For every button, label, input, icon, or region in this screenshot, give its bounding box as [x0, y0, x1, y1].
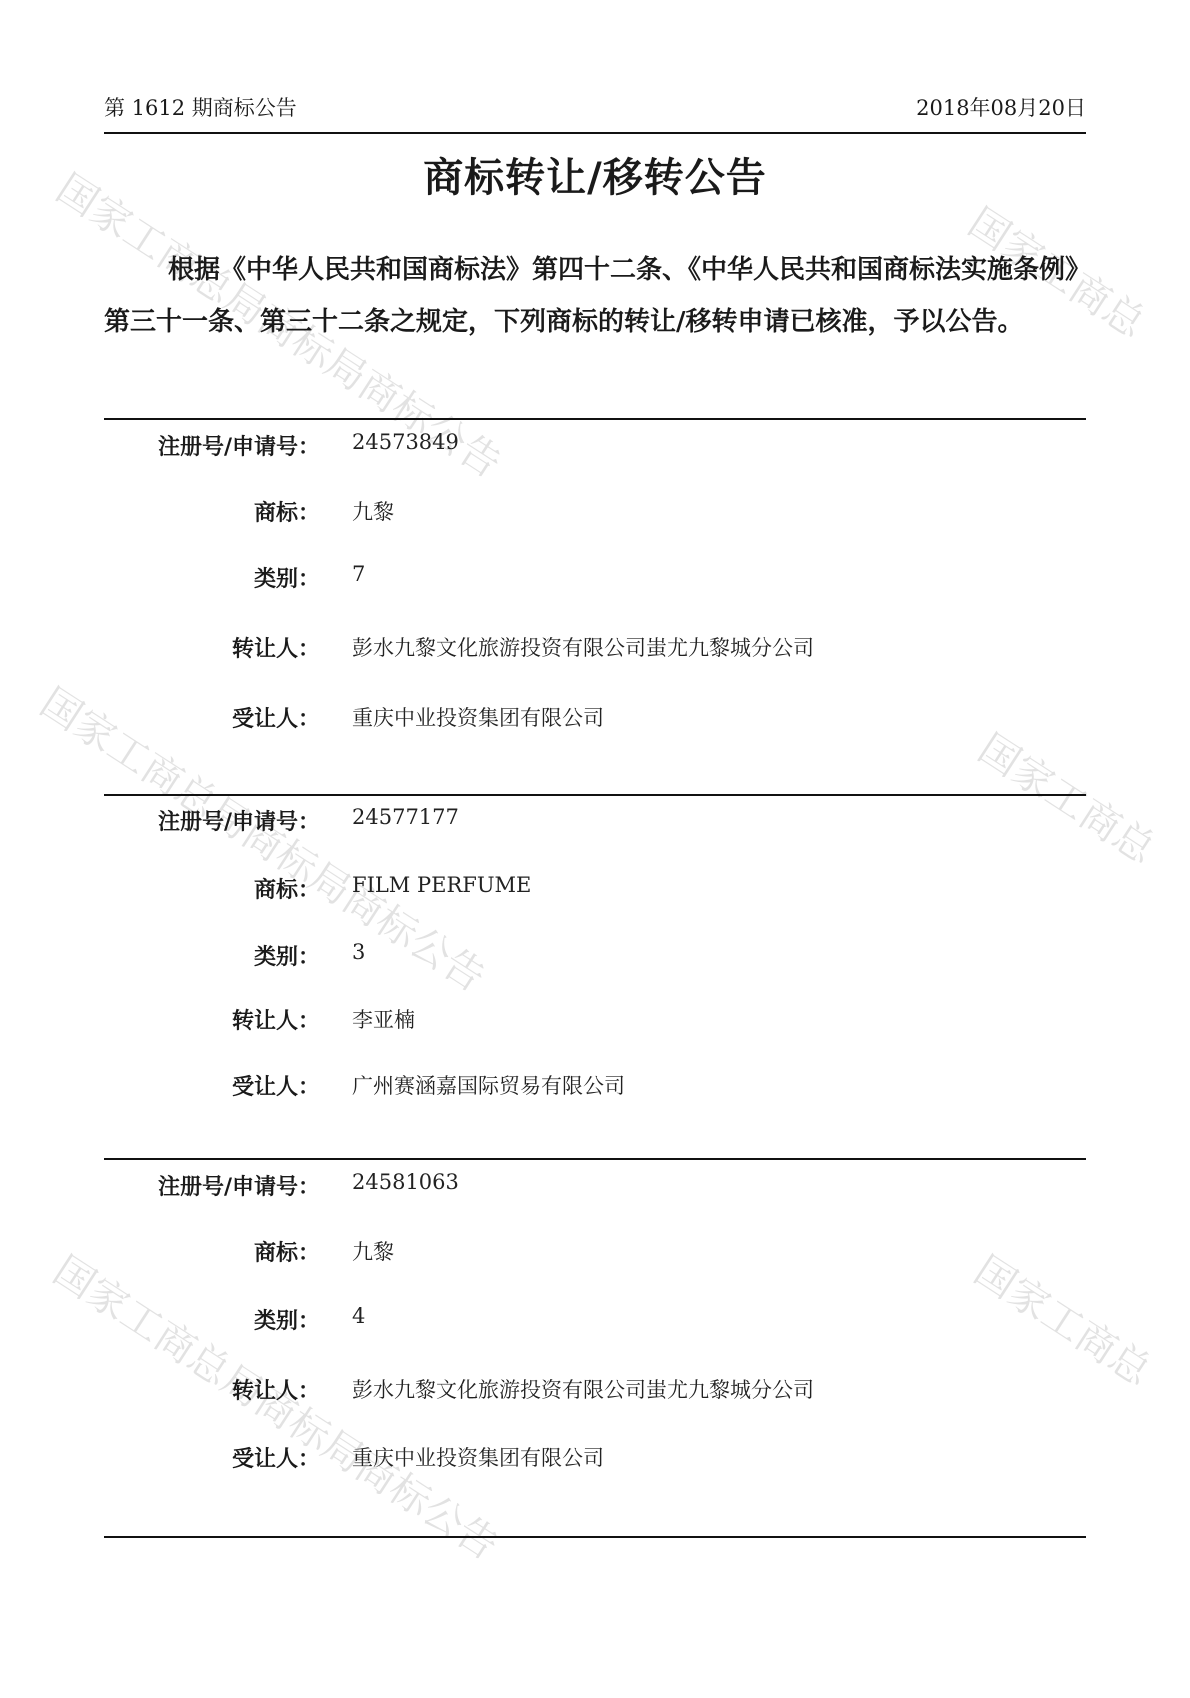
mark-value: 九黎 — [352, 1236, 394, 1266]
assignor-label: 转让人： — [232, 632, 320, 663]
intro-paragraph: 根据《中华人民共和国商标法》第四十二条、《中华人民共和国商标法实施条例》第三十一… — [104, 244, 1086, 348]
reg-no-value: 24577177 — [352, 805, 459, 829]
assignee-row: 受让人： 重庆中业投资集团有限公司 — [0, 1442, 1190, 1476]
mark-value: 九黎 — [352, 496, 394, 526]
class-row: 类别： 3 — [0, 940, 1190, 974]
assignor-row: 转让人： 彭水九黎文化旅游投资有限公司蚩尤九黎城分公司 — [0, 1374, 1190, 1408]
mark-label: 商标： — [254, 496, 320, 527]
reg-no-row: 注册号/申请号： 24581063 — [0, 1170, 1190, 1204]
record-divider — [104, 1536, 1086, 1538]
issue-number: 第 1612 期商标公告 — [104, 92, 297, 122]
assignee-row: 受让人： 重庆中业投资集团有限公司 — [0, 702, 1190, 736]
assignee-row: 受让人： 广州赛涵嘉国际贸易有限公司 — [0, 1070, 1190, 1104]
reg-no-value: 24581063 — [352, 1170, 459, 1194]
class-value: 3 — [352, 940, 365, 964]
assignee-value: 广州赛涵嘉国际贸易有限公司 — [352, 1070, 625, 1100]
class-value: 4 — [352, 1304, 365, 1328]
assignee-label: 受让人： — [232, 1442, 320, 1473]
reg-no-label: 注册号/申请号： — [158, 430, 320, 461]
assignor-value: 彭水九黎文化旅游投资有限公司蚩尤九黎城分公司 — [352, 1374, 814, 1404]
assignor-row: 转让人： 彭水九黎文化旅游投资有限公司蚩尤九黎城分公司 — [0, 632, 1190, 666]
class-row: 类别： 4 — [0, 1304, 1190, 1338]
mark-value: FILM PERFUME — [352, 873, 531, 897]
assignor-row: 转让人： 李亚楠 — [0, 1004, 1190, 1038]
reg-no-label: 注册号/申请号： — [158, 805, 320, 836]
record-divider — [104, 1158, 1086, 1160]
mark-row: 商标： FILM PERFUME — [0, 873, 1190, 907]
mark-row: 商标： 九黎 — [0, 496, 1190, 530]
assignor-label: 转让人： — [232, 1004, 320, 1035]
record-divider — [104, 794, 1086, 796]
publish-date: 2018年08月20日 — [916, 92, 1086, 122]
class-label: 类别： — [254, 1304, 320, 1335]
header-divider — [104, 132, 1086, 134]
assignor-value: 彭水九黎文化旅游投资有限公司蚩尤九黎城分公司 — [352, 632, 814, 662]
record-divider — [104, 418, 1086, 420]
class-value: 7 — [352, 562, 365, 586]
class-label: 类别： — [254, 562, 320, 593]
page-header: 第 1612 期商标公告 2018年08月20日 — [104, 92, 1086, 132]
class-label: 类别： — [254, 940, 320, 971]
announcement-page: 国家工商总局商标局商标公告 国家工商总 国家工商总局商标局商标公告 国家工商总 … — [0, 0, 1190, 1698]
assignee-value: 重庆中业投资集团有限公司 — [352, 702, 604, 732]
assignee-value: 重庆中业投资集团有限公司 — [352, 1442, 604, 1472]
reg-no-row: 注册号/申请号： 24573849 — [0, 430, 1190, 464]
mark-row: 商标： 九黎 — [0, 1236, 1190, 1270]
mark-label: 商标： — [254, 1236, 320, 1267]
assignor-label: 转让人： — [232, 1374, 320, 1405]
assignee-label: 受让人： — [232, 1070, 320, 1101]
assignor-value: 李亚楠 — [352, 1004, 415, 1034]
watermark: 国家工商总 — [969, 718, 1168, 875]
reg-no-label: 注册号/申请号： — [158, 1170, 320, 1201]
page-title: 商标转让/移转公告 — [0, 146, 1190, 203]
reg-no-value: 24573849 — [352, 430, 459, 454]
class-row: 类别： 7 — [0, 562, 1190, 596]
reg-no-row: 注册号/申请号： 24577177 — [0, 805, 1190, 839]
assignee-label: 受让人： — [232, 702, 320, 733]
mark-label: 商标： — [254, 873, 320, 904]
